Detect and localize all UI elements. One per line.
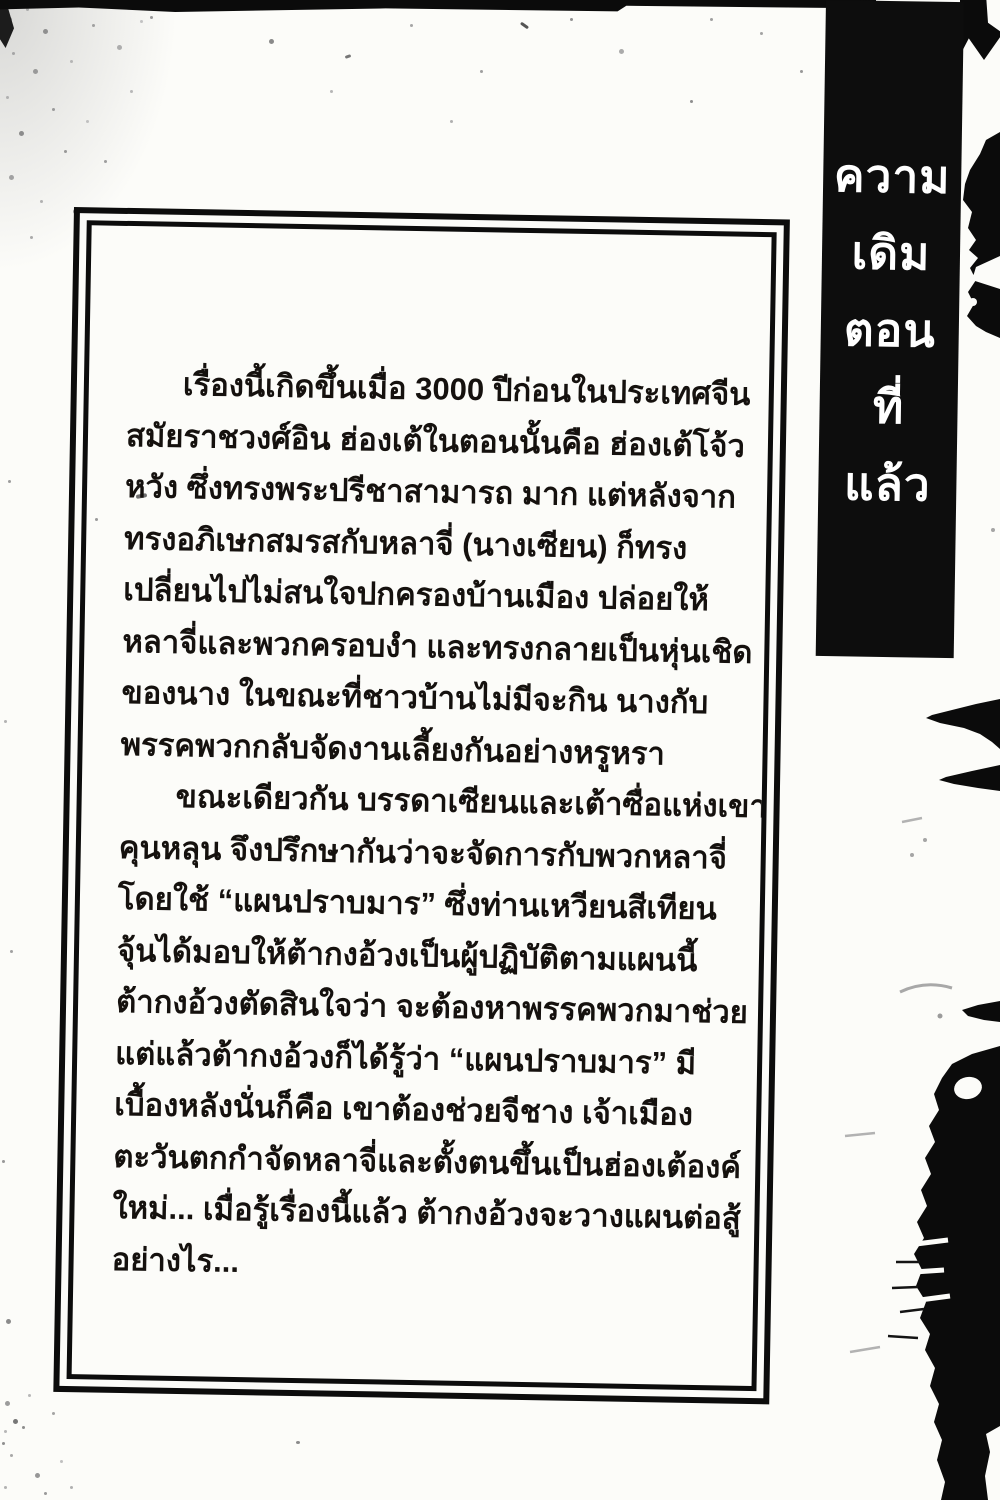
ink-speck <box>296 1441 300 1444</box>
paragraph: เรื่องนี้เกิดขึ้นเมื่อ 3000 ปีก่อนในประเ… <box>120 358 743 781</box>
recap-frame: เรื่องนี้เกิดขึ้นเมื่อ 3000 ปีก่อนในประเ… <box>53 207 790 1404</box>
ink-blob-spike <box>939 765 1000 791</box>
gray-fleck <box>991 528 995 532</box>
faint-arc <box>900 985 952 992</box>
recap-text: เรื่องนี้เกิดขึ้นเมื่อ 3000 ปีก่อนในประเ… <box>72 225 772 1386</box>
faint-strokes <box>845 818 922 1352</box>
ink-blob-mid1 <box>926 699 1000 749</box>
speckle-cluster-left-edge <box>2 300 5 303</box>
paragraph: ขณะเดียวกัน บรรดาเซียนและเต้าซื่อแห่งเขา… <box>111 770 736 1296</box>
ink-speck <box>345 54 352 59</box>
right-edge-ink-blobs <box>820 0 1000 1500</box>
ink-blob-hook <box>963 132 1000 338</box>
ink-speck <box>520 22 529 30</box>
gray-fleck <box>910 853 914 857</box>
recap-frame-inner-rule: เรื่องนี้เกิดขึ้นเมื่อ 3000 ปีก่อนในประเ… <box>67 220 777 1391</box>
text-line: อย่างไร... <box>111 1233 728 1295</box>
ink-blob-small <box>962 1001 1000 1022</box>
speckle-cluster-bottomleft <box>0 1390 3 1393</box>
gray-fleck <box>938 1014 943 1019</box>
ink-blob-hook-hole <box>969 298 977 306</box>
gray-fleck <box>923 838 927 842</box>
